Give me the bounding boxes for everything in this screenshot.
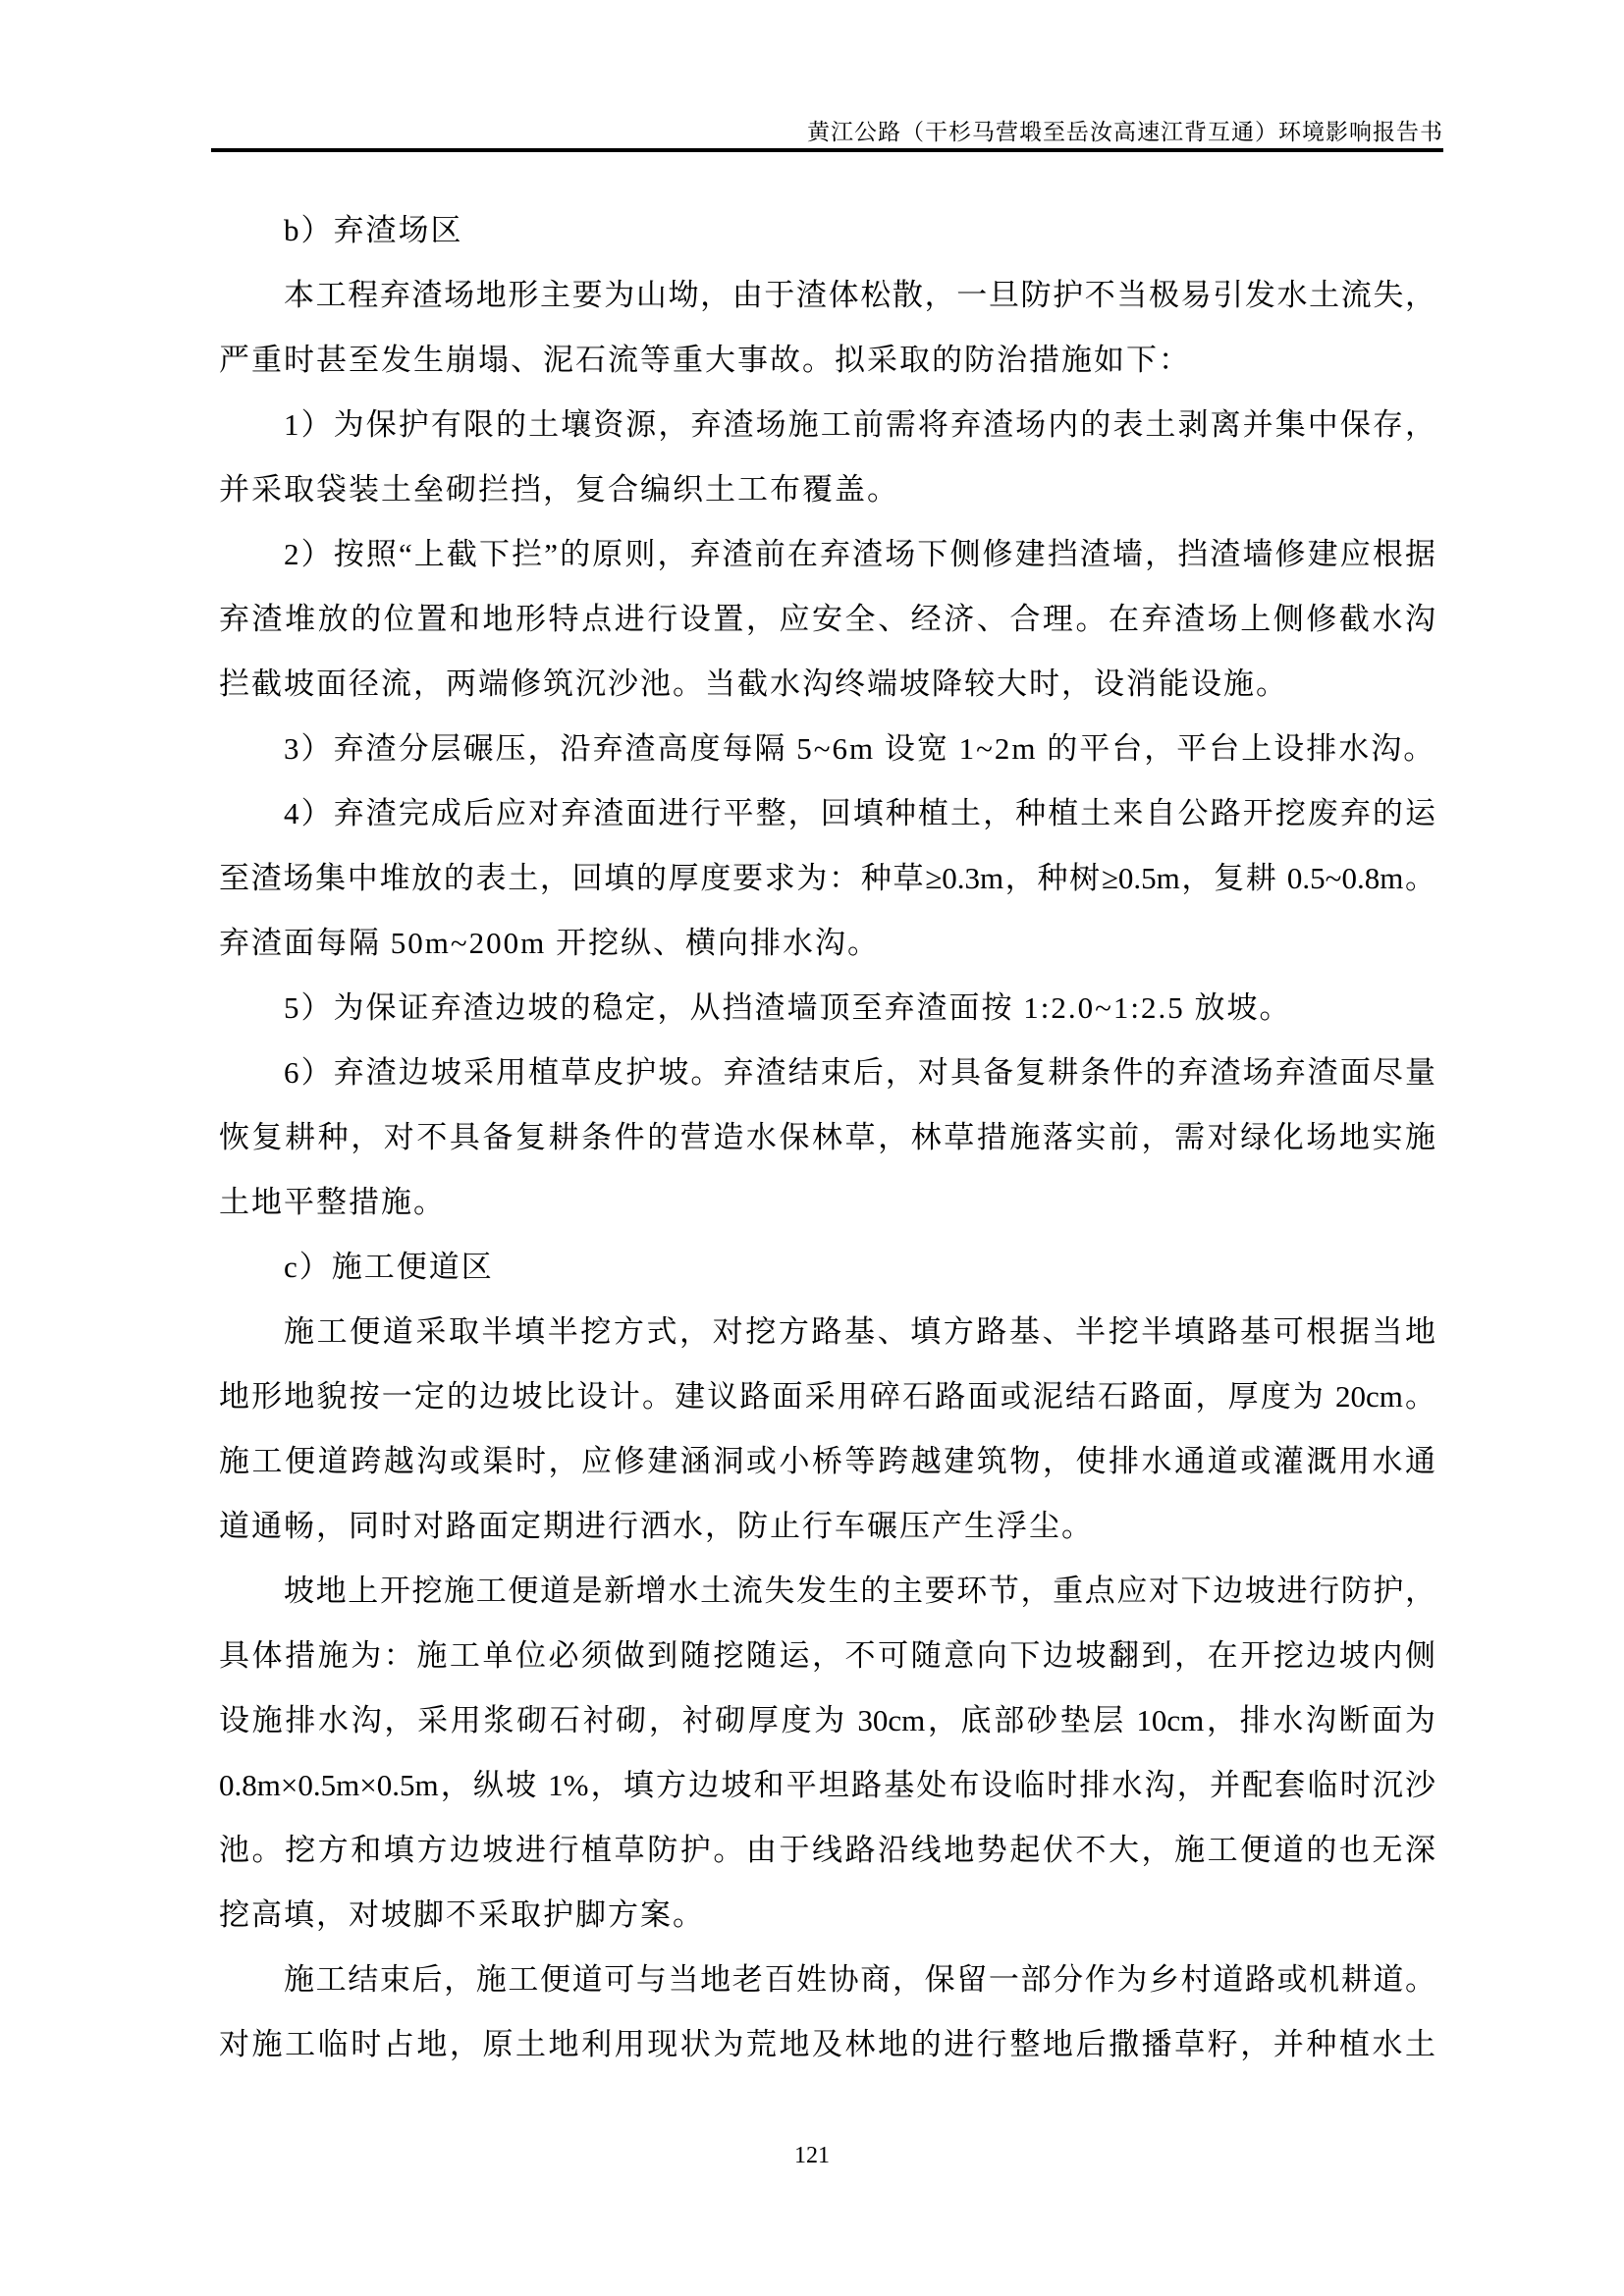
body-line: 施工结束后，施工便道可与当地老百姓协商，保留一部分作为乡村道路或机耕道。 <box>219 1948 1435 2012</box>
page-footer: 121 <box>0 2143 1624 2169</box>
body-line: 3）弃渣分层碾压，沿弃渣高度每隔 5~6m 设宽 1~2m 的平台，平台上设排水… <box>219 717 1435 781</box>
body-line: 池。挖方和填方边坡进行植草防护。由于线路沿线地势起伏不大，施工便道的也无深 <box>219 1818 1435 1883</box>
body-line: 1）为保护有限的土壤资源，弃渣场施工前需将弃渣场内的表土剥离并集中保存， <box>219 393 1435 457</box>
header-rule <box>211 148 1443 152</box>
body-line: 弃渣面每隔 50m~200m 开挖纵、横向排水沟。 <box>219 911 1435 976</box>
body-line: 弃渣堆放的位置和地形特点进行设置，应安全、经济、合理。在弃渣场上侧修截水沟 <box>219 587 1435 652</box>
body-line: 0.8m×0.5m×0.5m，纵坡 1%，填方边坡和平坦路基处布设临时排水沟，并… <box>219 1753 1435 1818</box>
body-line: 2）按照“上截下拦”的原则，弃渣前在弃渣场下侧修建挡渣墙，挡渣墙修建应根据 <box>219 522 1435 587</box>
body-line: 坡地上开挖施工便道是新增水土流失发生的主要环节，重点应对下边坡进行防护， <box>219 1559 1435 1624</box>
header-title: 黄江公路（干杉马营塅至岳汝高速江背互通）环境影响报告书 <box>807 114 1443 146</box>
body-line: 5）为保证弃渣边坡的稳定，从挡渣墙顶至弃渣面按 1:2.0~1:2.5 放坡。 <box>219 976 1435 1041</box>
page-number: 121 <box>794 2143 830 2168</box>
body-line: b）弃渣场区 <box>219 198 1435 263</box>
body-line: c）施工便道区 <box>219 1235 1435 1300</box>
body-line: 对施工临时占地，原土地利用现状为荒地及林地的进行整地后撒播草籽，并种植水土 <box>219 2012 1435 2077</box>
body-line: 道通畅，同时对路面定期进行洒水，防止行车碾压产生浮尘。 <box>219 1494 1435 1559</box>
body-line: 至渣场集中堆放的表土，回填的厚度要求为：种草≥0.3m，种树≥0.5m，复耕 0… <box>219 846 1435 911</box>
body-line: 4）弃渣完成后应对弃渣面进行平整，回填种植土，种植土来自公路开挖废弃的运 <box>219 781 1435 846</box>
body-line: 拦截坡面径流，两端修筑沉沙池。当截水沟终端坡降较大时，设消能设施。 <box>219 652 1435 717</box>
body-line: 并采取袋装土垒砌拦挡，复合编织土工布覆盖。 <box>219 457 1435 522</box>
body-line: 具体措施为：施工单位必须做到随挖随运，不可随意向下边坡翻到，在开挖边坡内侧 <box>219 1624 1435 1688</box>
body-line: 严重时甚至发生崩塌、泥石流等重大事故。拟采取的防治措施如下： <box>219 328 1435 393</box>
document-page: 黄江公路（干杉马营塅至岳汝高速江背互通）环境影响报告书 b）弃渣场区本工程弃渣场… <box>0 0 1624 2296</box>
document-body: b）弃渣场区本工程弃渣场地形主要为山坳，由于渣体松散，一旦防护不当极易引发水土流… <box>219 198 1435 2077</box>
body-line: 恢复耕种，对不具备复耕条件的营造水保林草，林草措施落实前，需对绿化场地实施 <box>219 1105 1435 1170</box>
body-line: 挖高填，对坡脚不采取护脚方案。 <box>219 1883 1435 1948</box>
body-line: 6）弃渣边坡采用植草皮护坡。弃渣结束后，对具备复耕条件的弃渣场弃渣面尽量 <box>219 1041 1435 1105</box>
body-line: 地形地貌按一定的边坡比设计。建议路面采用碎石路面或泥结石路面，厚度为 20cm。 <box>219 1364 1435 1429</box>
body-line: 施工便道采取半填半挖方式，对挖方路基、填方路基、半挖半填路基可根据当地 <box>219 1300 1435 1364</box>
body-line: 本工程弃渣场地形主要为山坳，由于渣体松散，一旦防护不当极易引发水土流失， <box>219 263 1435 328</box>
body-line: 设施排水沟，采用浆砌石衬砌，衬砌厚度为 30cm，底部砂垫层 10cm，排水沟断… <box>219 1688 1435 1753</box>
body-line: 施工便道跨越沟或渠时，应修建涵洞或小桥等跨越建筑物，使排水通道或灌溉用水通 <box>219 1429 1435 1494</box>
body-line: 土地平整措施。 <box>219 1170 1435 1235</box>
